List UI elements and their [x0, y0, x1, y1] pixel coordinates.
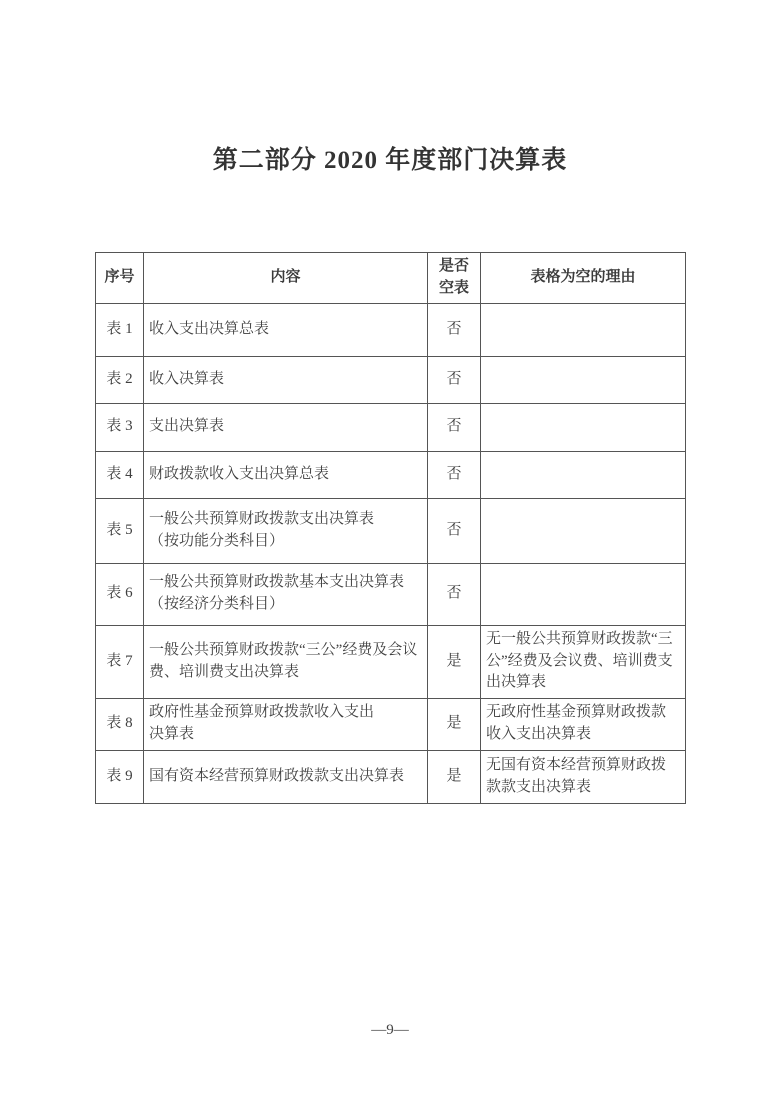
- row-is-empty: 是: [428, 698, 481, 750]
- page-title: 第二部分 2020 年度部门决算表: [0, 140, 780, 176]
- row-serial: 表 1: [96, 303, 144, 356]
- row-reason: [481, 451, 686, 498]
- header-serial-number: 序号: [96, 253, 144, 304]
- row-content: 一般公共预算财政拨款“三公”经费及会议费、培训费支出决算表: [144, 625, 428, 698]
- row-is-empty: 否: [428, 498, 481, 563]
- row-serial: 表 6: [96, 563, 144, 625]
- page-number: —9—: [0, 1022, 780, 1039]
- row-serial: 表 3: [96, 403, 144, 451]
- row-serial: 表 9: [96, 750, 144, 803]
- row-is-empty: 否: [428, 356, 481, 403]
- row-reason: [481, 403, 686, 451]
- final-accounts-table: 序号 内容 是否 空表 表格为空的理由 表 1 收入支出决算总表 否 表 2 收…: [95, 252, 686, 804]
- table-row: 表 7 一般公共预算财政拨款“三公”经费及会议费、培训费支出决算表 是 无一般公…: [96, 625, 686, 698]
- document-page: 第二部分 2020 年度部门决算表 序号 内容 是否 空表 表格为空的理由 表 …: [0, 0, 780, 1103]
- header-content: 内容: [144, 253, 428, 304]
- table-row: 表 9 国有资本经营预算财政拨款支出决算表 是 无国有资本经营预算财政拨款款支出…: [96, 750, 686, 803]
- row-serial: 表 5: [96, 498, 144, 563]
- table-row: 表 2 收入决算表 否: [96, 356, 686, 403]
- table-row: 表 5 一般公共预算财政拨款支出决算表 （按功能分类科目） 否: [96, 498, 686, 563]
- row-reason: 无政府性基金预算财政拨款收入支出决算表: [481, 698, 686, 750]
- row-is-empty: 否: [428, 563, 481, 625]
- row-content: 国有资本经营预算财政拨款支出决算表: [144, 750, 428, 803]
- row-is-empty: 是: [428, 625, 481, 698]
- table-row: 表 8 政府性基金预算财政拨款收入支出 决算表 是 无政府性基金预算财政拨款收入…: [96, 698, 686, 750]
- table-row: 表 3 支出决算表 否: [96, 403, 686, 451]
- table-row: 表 6 一般公共预算财政拨款基本支出决算表 （按经济分类科目） 否: [96, 563, 686, 625]
- table-row: 表 4 财政拨款收入支出决算总表 否: [96, 451, 686, 498]
- row-content: 收入决算表: [144, 356, 428, 403]
- table-row: 表 1 收入支出决算总表 否: [96, 303, 686, 356]
- row-is-empty: 否: [428, 451, 481, 498]
- row-content: 一般公共预算财政拨款支出决算表 （按功能分类科目）: [144, 498, 428, 563]
- row-reason: 无一般公共预算财政拨款“三公”经费及会议费、培训费支出决算表: [481, 625, 686, 698]
- row-reason: [481, 563, 686, 625]
- header-empty-reason: 表格为空的理由: [481, 253, 686, 304]
- row-content: 一般公共预算财政拨款基本支出决算表 （按经济分类科目）: [144, 563, 428, 625]
- row-serial: 表 2: [96, 356, 144, 403]
- row-content: 财政拨款收入支出决算总表: [144, 451, 428, 498]
- row-reason: [481, 498, 686, 563]
- row-content: 政府性基金预算财政拨款收入支出 决算表: [144, 698, 428, 750]
- row-content: 收入支出决算总表: [144, 303, 428, 356]
- row-content: 支出决算表: [144, 403, 428, 451]
- row-reason: [481, 303, 686, 356]
- row-reason: 无国有资本经营预算财政拨款款支出决算表: [481, 750, 686, 803]
- header-is-empty: 是否 空表: [428, 253, 481, 304]
- row-serial: 表 8: [96, 698, 144, 750]
- row-is-empty: 否: [428, 303, 481, 356]
- row-is-empty: 是: [428, 750, 481, 803]
- table-header-row: 序号 内容 是否 空表 表格为空的理由: [96, 253, 686, 304]
- row-is-empty: 否: [428, 403, 481, 451]
- row-serial: 表 4: [96, 451, 144, 498]
- row-reason: [481, 356, 686, 403]
- row-serial: 表 7: [96, 625, 144, 698]
